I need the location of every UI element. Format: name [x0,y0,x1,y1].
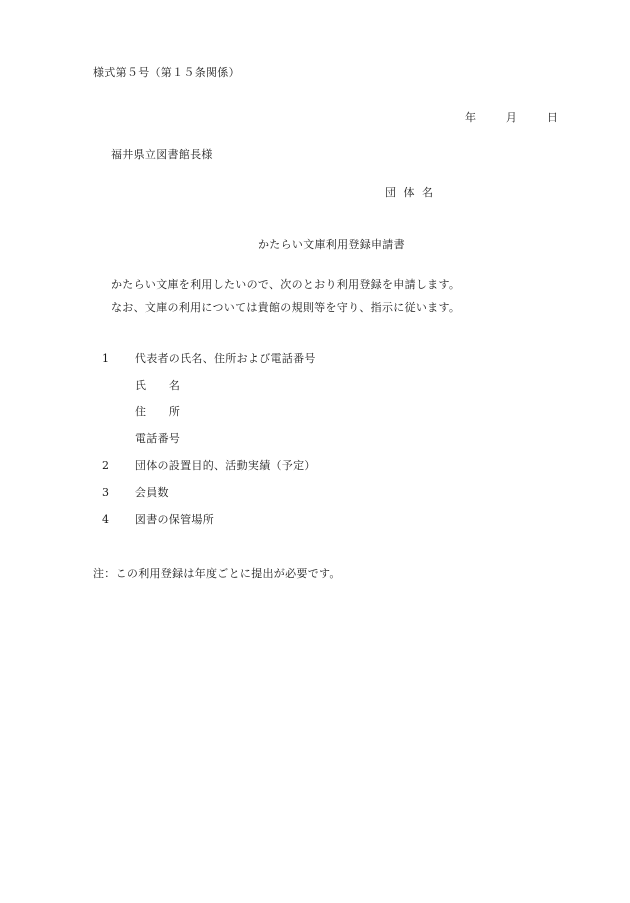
item-number: 3 [102,486,109,499]
item-label: 代表者の氏名、住所および電話番号 [135,352,316,365]
item-label: 図書の保管場所 [135,513,214,526]
date-day: 日 [547,111,558,125]
item-label: 会員数 [135,486,169,499]
item-3: 3 会員数 [102,486,169,500]
date-line: 年 月 日 [465,111,558,125]
item-number: 2 [102,459,109,472]
item-2: 2 団体の設置目的、活動実績（予定） [102,459,316,473]
sub-item-name: 氏 名 [135,379,180,393]
date-year: 年 [465,111,476,125]
organization-name-label: 団 体 名 [385,186,435,200]
body-paragraph-1: かたらい文庫を利用したいので、次のとおり利用登録を申請します。 [111,278,460,292]
sub-item-address: 住 所 [135,405,180,419]
form-number: 様式第５号（第１５条関係） [93,66,240,80]
sub-item-phone: 電話番号 [135,432,180,446]
footnote: 注：この利用登録は年度ごとに提出が必要です。 [93,567,341,581]
item-4: 4 図書の保管場所 [102,513,214,527]
document-title: かたらい文庫利用登録申請書 [258,238,405,252]
item-number: 4 [102,513,109,526]
item-number: 1 [102,352,109,365]
date-month: 月 [506,111,517,125]
item-1: 1 代表者の氏名、住所および電話番号 [102,352,316,366]
item-label: 団体の設置目的、活動実績（予定） [135,459,316,472]
addressee: 福井県立図書館長様 [111,148,213,162]
body-paragraph-2: なお、文庫の利用については貴館の規則等を守り、指示に従います。 [111,301,460,315]
